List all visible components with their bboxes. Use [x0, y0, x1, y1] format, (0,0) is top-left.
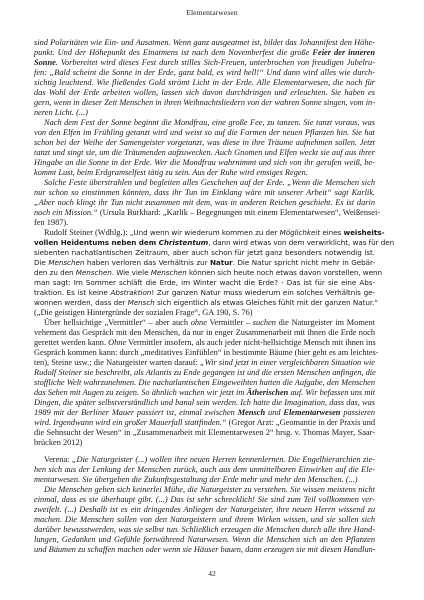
text-run: Vermittler – [207, 318, 253, 327]
text-run: Über hellsichtige „Vermittler“ – aber au… [44, 318, 191, 327]
text-line: sind Polaritäten wie Ein- und Ausatmen. … [34, 38, 375, 48]
text-run: eines [320, 228, 343, 237]
text-line: 1989 mit der Berliner Mauer passiert ist… [34, 408, 375, 418]
text-line: Solche Feste überstrahlen und begleiten … [44, 178, 375, 188]
text-run: man sagt: Im Sommer schläft die Erde, im… [34, 278, 375, 287]
text-run: lungen, Gedanken und Gefühle fortwährend… [34, 535, 375, 544]
text-line: mentarwesen. Sie übergeben die Zukunftsg… [34, 475, 375, 485]
text-run: („Die geistigen Hintergründe der soziale… [34, 308, 253, 317]
text-line: die Sehnsucht der Wesen“ in „Zusammenarb… [34, 428, 375, 438]
text-run: die Sehnsucht der Wesen“ in „Zusammenarb… [34, 428, 375, 437]
text-run: das Wohl der Erde arbeiten wollen, lasse… [34, 88, 375, 97]
text-run: Vermittler insofern, als auch jeder nich… [126, 338, 375, 347]
text-run: vollen Heidentums neben dem [34, 238, 159, 247]
text-line: den zu den Menschen. Wie viele Menschen … [34, 268, 375, 278]
text-run: passieren [340, 408, 375, 417]
text-line: fen: „Bald scheint die Sonne in der Erde… [34, 68, 375, 78]
text-line: lungen, Gedanken und Gefühle fortwährend… [34, 535, 375, 545]
text-run: Menschen [76, 268, 112, 277]
text-line: Nach dem Fest der Sonne beginnt die Mond… [44, 118, 375, 128]
text-line: Über hellsichtige „Vermittler“ – aber au… [44, 318, 375, 328]
text-line: wird. Irgendwann wird ein großer Mauerfa… [34, 418, 375, 428]
text-run: zweifelt. (...) Deshalb ist es ein dring… [34, 505, 375, 514]
text-run: mentarwesen. Sie übergeben die Zukunftsg… [34, 475, 358, 484]
text-run: Mensch [238, 408, 265, 417]
text-run: „Aber noch klingt ihr Tun nicht zusammen… [34, 198, 375, 207]
text-line: machen. Die Menschen sollen von den Natu… [34, 515, 375, 525]
text-run: das Sehen mit Augen zu zeigen. So ähnlic… [34, 388, 247, 397]
text-run: Dingen, die später selbstverständlich un… [34, 398, 375, 407]
text-run: Abstraktion [111, 288, 152, 297]
text-line: und Bäumen zu schaffen machen oder wenn … [34, 545, 375, 555]
text-line: schon bei der Weihe der Samengeister vor… [34, 138, 375, 148]
text-run: . Wie viele [112, 268, 151, 277]
text-run: ten), Steine usw.; die Naturgeister wart… [34, 358, 200, 367]
text-run: punkt. Und der Höhepunkt des Einatmens i… [34, 48, 312, 57]
text-run: wonnen werden, dass der [34, 298, 128, 307]
text-run: . Vorbereitet wird dieses Fest durch sti… [56, 58, 375, 67]
text-line: wonnen werden, dass der Mensch sich eige… [34, 298, 375, 308]
text-line: Hingabe an die Sonne in der Erde. Wer di… [34, 158, 375, 168]
text-run: Die Menschen geben sich keinerlei Mühe, … [44, 485, 375, 494]
text-run: können sich heute noch etwas davon vorst… [187, 268, 382, 277]
text-run: noch ein Mission.“ [34, 208, 98, 217]
text-run: , dann wird etwas von dem verwirklicht, … [208, 238, 394, 247]
text-line: das Sehen mit Augen zu zeigen. So ähnlic… [34, 388, 375, 398]
text-run: Ätherischen [247, 388, 289, 397]
text-line: Verena: „Die Naturgeister (...) wollen i… [44, 455, 375, 465]
text-run: sind Polaritäten wie Ein- und Ausatmen. … [34, 38, 375, 47]
text-run: Die [34, 258, 48, 267]
text-run: Feier der inneren [312, 48, 375, 57]
text-run: weisheits- [343, 228, 384, 237]
running-head: Elementarwesen [0, 8, 424, 17]
text-line: gern, wenn in dieser Zeit Menschen in ih… [34, 98, 375, 108]
text-line: vollen Heidentums neben dem Christentum,… [34, 238, 375, 248]
text-run: (Gregor Arzt: „Geomantie in der Praxis u… [227, 418, 376, 427]
text-run: tanzt und singt sie, um die Träumenden a… [34, 148, 375, 157]
text-run: Gespräch kommen kann: durch „meditatives… [34, 348, 379, 357]
text-run: fen: „Bald scheint die Sonne in der Erde… [34, 68, 375, 77]
text-line: Rudolf Steiner sie beschreibt, als Atlan… [34, 368, 375, 378]
text-run: ohne [191, 318, 207, 327]
text-line: fen 1987). [34, 218, 375, 228]
text-line: hen sich aus der Lenkung der Menschen zu… [34, 465, 375, 475]
text-run: wird. Irgendwann wird ein großer Mauerfa… [34, 418, 227, 427]
text-line: zweifelt. (...) Deshalb ist es ein dring… [34, 505, 375, 515]
text-line: traktion. Es ist keine Abstraktion! Zur … [34, 288, 375, 298]
text-line: von den Elfen im Frühling getanzt wird u… [34, 128, 375, 138]
text-run: „Und wenn wir wiederum kommen zu der [130, 228, 280, 237]
text-run: Solche Feste überstrahlen und begleiten … [44, 178, 375, 187]
text-run: gerettet werden kann. [34, 338, 108, 347]
text-run: brücken 2012) [34, 438, 82, 447]
page-number: 42 [0, 569, 424, 578]
text-run: stoffliche Welt wahrzunehmen. Die nachat… [34, 378, 375, 387]
text-run: ! Zur ganzen Natur muss wiederum ein sol… [151, 288, 375, 297]
text-run: neren Licht. (...) [34, 108, 88, 117]
text-line: Sonne. Vorbereitet wird dieses Fest durc… [34, 58, 375, 68]
text-line: Die Menschen haben verloren das Verhältn… [34, 258, 375, 268]
text-run: Verena: [44, 455, 72, 464]
text-run: Menschen [151, 268, 187, 277]
text-run: Möglichkeit [280, 228, 321, 237]
text-run: und [265, 408, 283, 417]
text-line: vehement das Gespräch mit den Menschen, … [34, 328, 375, 338]
text-run: machen. Die Menschen sollen von den Natu… [34, 515, 375, 524]
text-run: Natur [210, 258, 233, 267]
text-run: hen sich aus der Lenkung der Menschen zu… [34, 465, 375, 474]
text-run: darüber bewusstwerden, was sie selbst tu… [34, 525, 375, 534]
text-run: Ohne [108, 338, 126, 347]
text-run: Sonne [34, 58, 56, 67]
text-run: den zu den [34, 268, 76, 277]
text-run: Menschen [48, 258, 84, 267]
text-run: 1989 mit der Berliner Mauer passiert ist… [34, 408, 238, 417]
text-run: siebenten nachatlantischen Zeitraum, abe… [34, 248, 375, 257]
text-run: suchen [253, 318, 276, 327]
text-run: „Die Naturgeister (...) wollen ihre neue… [72, 455, 375, 464]
text-line: Dingen, die später selbstverständlich un… [34, 398, 375, 408]
text-run: die Naturgeister im Moment [276, 318, 375, 327]
text-run: gern, wenn in dieser Zeit Menschen in ih… [34, 98, 375, 107]
text-run: einmal, dass es sie überhaupt gibt. (...… [34, 495, 375, 504]
text-line: stoffliche Welt wahrzunehmen. Die nachat… [34, 378, 375, 388]
text-run: von den Elfen im Frühling getanzt wird u… [34, 128, 375, 137]
text-run: nur schon so einstimmen könnten, dass ih… [34, 188, 375, 197]
text-run: traktion. Es ist keine [34, 288, 111, 297]
text-line: „Aber noch klingt ihr Tun nicht zusammen… [34, 198, 375, 208]
text-run: kommt Lust, beim Erdgramselfest tätig zu… [34, 168, 308, 177]
text-run: Mensch [128, 298, 155, 307]
text-run: und Bäumen zu schaffen machen oder wenn … [34, 545, 376, 554]
text-line: noch ein Mission.“ (Ursula Burkhard: „Ka… [34, 208, 375, 218]
text-run: haben verloren das Verhältnis zur [84, 258, 210, 267]
text-run: auf. Wir befassen uns mit [288, 388, 375, 397]
text-line: nur schon so einstimmen könnten, dass ih… [34, 188, 375, 198]
text-line: ten), Steine usw.; die Naturgeister wart… [34, 358, 375, 368]
text-line: brücken 2012) [34, 438, 375, 448]
text-run: (Ursula Burkhard: „Karlik – Begegnungen … [98, 208, 380, 217]
text-run: sich eigentlich als etwas Gleiches fühlt… [155, 298, 378, 307]
text-run: Rudolf Steiner sie beschreibt, als Atlan… [34, 368, 376, 377]
text-line: Rudolf Steiner (Wdhlg.): „Und wenn wir w… [44, 228, 375, 238]
text-run: Hingabe an die Sonne in der Erde. Wer di… [34, 158, 375, 167]
text-run: „Wir sind jetzt in einer vergleichbaren … [200, 358, 375, 367]
text-line: sichtig leuchtend. Wie fließendes Gold s… [34, 78, 375, 88]
text-line: („Die geistigen Hintergründe der soziale… [34, 308, 375, 318]
text-run: Christentum [159, 238, 209, 247]
text-run: Rudolf Steiner (Wdhlg.): [44, 228, 130, 237]
text-run: schon bei der Weihe der Samengeister vor… [34, 138, 375, 147]
text-line: punkt. Und der Höhepunkt des Einatmens i… [34, 48, 375, 58]
text-line: man sagt: Im Sommer schläft die Erde, im… [34, 278, 375, 288]
text-line: tanzt und singt sie, um die Träumenden a… [34, 148, 375, 158]
text-line: gerettet werden kann. Ohne Vermittler in… [34, 338, 375, 348]
text-run: Nach dem Fest der Sonne beginnt die Mond… [44, 118, 375, 127]
text-line: siebenten nachatlantischen Zeitraum, abe… [34, 248, 375, 258]
text-run: . Die Natur spricht nicht mehr in Gebär- [233, 258, 375, 267]
text-run: fen 1987). [34, 218, 68, 227]
text-line: Die Menschen geben sich keinerlei Mühe, … [44, 485, 375, 495]
text-run: Elementarwesen [283, 408, 340, 417]
text-line: einmal, dass es sie überhaupt gibt. (...… [34, 495, 375, 505]
text-run: vehement das Gespräch mit den Menschen, … [34, 328, 375, 337]
text-line: Gespräch kommen kann: durch „meditatives… [34, 348, 375, 358]
text-line: neren Licht. (...) [34, 108, 375, 118]
document-page: Elementarwesen sind Polaritäten wie Ein-… [0, 0, 424, 600]
text-line: darüber bewusstwerden, was sie selbst tu… [34, 525, 375, 535]
text-run: sichtig leuchtend. Wie fließendes Gold s… [34, 78, 375, 87]
text-line: das Wohl der Erde arbeiten wollen, lasse… [34, 88, 375, 98]
text-line: kommt Lust, beim Erdgramselfest tätig zu… [34, 168, 375, 178]
